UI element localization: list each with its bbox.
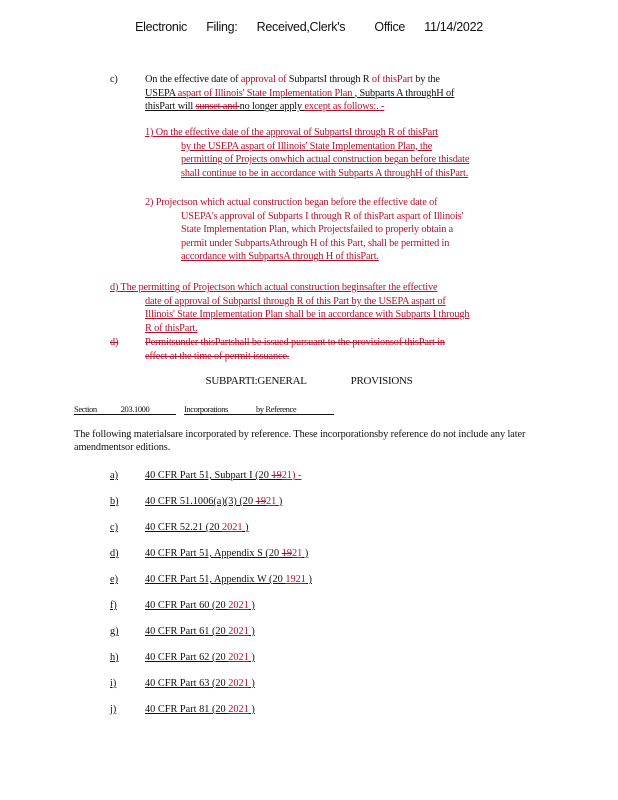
- header-word-filing: Filing:: [206, 20, 237, 34]
- para-c-label: c): [110, 73, 118, 87]
- para-c-line-2: USEPA aspart of Illinois' State Implemen…: [145, 87, 545, 101]
- section-title: Incorporations: [184, 404, 228, 414]
- inserted-year: 21: [282, 470, 292, 481]
- reference-text: 40 CFR Part 63 (20: [145, 678, 228, 689]
- reference-key: e): [110, 574, 118, 585]
- inserted-text: aspart of Illinois' State Implementation…: [178, 88, 355, 99]
- subpart-title-part2: PROVISIONS: [351, 375, 413, 387]
- inserted-year: 21: [292, 548, 302, 559]
- deleted-line: effect at the time of permit issuance.: [145, 350, 545, 364]
- header-date: 11/14/2022: [424, 20, 483, 34]
- reference-key: i): [110, 678, 116, 689]
- subpart-title: SUBPARTI:GENERALPROVISIONS: [0, 375, 618, 387]
- reference-key: f): [110, 600, 117, 611]
- para-d-line: R of thisPart.: [145, 323, 198, 334]
- deleted-year: 19: [256, 496, 266, 507]
- header-word-office: Office: [374, 20, 405, 34]
- deleted-year: 19: [282, 548, 292, 559]
- section-number: 203.1000: [121, 404, 150, 414]
- reference-tail: ): [249, 600, 255, 611]
- item-2-line: accordance with SubpartsA through H of t…: [181, 251, 379, 262]
- para-c-line-1: On the effective date of approval of Sub…: [145, 73, 545, 87]
- inserted-year: 2021: [228, 600, 249, 611]
- text-run: by the: [413, 74, 440, 85]
- item-2: 2) Projectson which actual construction …: [145, 196, 545, 264]
- para-d-line: d) The permitting of Projectson which ac…: [110, 281, 550, 295]
- text-run: USEPA: [145, 88, 178, 99]
- text-run: On the effective date of: [145, 74, 241, 85]
- reference-tail: ): [302, 548, 308, 559]
- intro-paragraph: The following materialsare incorporated …: [74, 428, 544, 454]
- section-heading: Section203.1000Incorporationsby Referenc…: [74, 404, 334, 415]
- reference-key: j): [110, 704, 116, 715]
- inserted-year: 2021: [228, 626, 249, 637]
- item-1-line: by the USEPA aspart of Illinois' State I…: [145, 140, 545, 154]
- text-run: , Subparts A throughH of: [355, 88, 455, 99]
- reference-text: 40 CFR Part 61 (20: [145, 626, 228, 637]
- reference-tail: ): [276, 496, 282, 507]
- deleted-text: sunset and: [196, 101, 240, 112]
- item-2-line: USEPA's approval of Subparts I through R…: [145, 210, 545, 224]
- reference-tail: ): [306, 574, 312, 585]
- inserted-year: 2021: [228, 678, 249, 689]
- item-2-line: 2) Projectson which actual construction …: [145, 196, 545, 210]
- para-c-line-3: thisPart will sunset and no longer apply…: [145, 100, 545, 114]
- reference-text: 40 CFR Part 62 (20: [145, 652, 228, 663]
- reference-tail: ): [249, 652, 255, 663]
- text-run: SubpartsI through R: [289, 74, 372, 85]
- para-d-old-label: d): [110, 336, 118, 350]
- inserted-year: 2021: [228, 704, 249, 715]
- reference-key: d): [110, 548, 119, 559]
- reference-text: 40 CFR Part 51, Appendix W (20: [145, 574, 285, 585]
- deleted-line: Permitsunder thisPartshall be issued pur…: [145, 336, 545, 350]
- reference-key: g): [110, 626, 119, 637]
- para-d-line: Illinois' State Implementation Plan shal…: [110, 308, 550, 322]
- section-word: Section: [74, 404, 97, 414]
- inserted-year: 1921: [285, 574, 306, 585]
- reference-text: 40 CFR Part 60 (20: [145, 600, 228, 611]
- reference-tail: ): [249, 678, 255, 689]
- reference-text: 40 CFR 51.1006(a)(3) (20: [145, 496, 256, 507]
- reference-key: h): [110, 652, 119, 663]
- filing-stamp-header: Electronic Filing: Received,Clerk's Offi…: [0, 20, 618, 34]
- reference-tail: ) -: [292, 470, 301, 481]
- para-d-line: date of approval of SubpartsI through R …: [110, 295, 550, 309]
- section-title: by Reference: [256, 404, 296, 414]
- reference-text: 40 CFR 52.21 (20: [145, 522, 222, 533]
- deleted-year: 19: [271, 470, 281, 481]
- text-run: thisPart will: [145, 101, 196, 112]
- para-d-inserted: d) The permitting of Projectson which ac…: [110, 281, 550, 335]
- text-run: no longer apply: [240, 101, 305, 112]
- reference-tail: ): [249, 626, 255, 637]
- reference-key: b): [110, 496, 119, 507]
- header-word-electronic: Electronic: [135, 20, 187, 34]
- inserted-year: 2021: [228, 652, 249, 663]
- para-d-deleted: Permitsunder thisPartshall be issued pur…: [145, 336, 545, 363]
- reference-key: c): [110, 522, 118, 533]
- reference-text: 40 CFR Part 51, Appendix S (20: [145, 548, 282, 559]
- para-c-body: On the effective date of approval of Sub…: [145, 73, 545, 114]
- item-2-line: State Implementation Plan, which Project…: [145, 223, 545, 237]
- inserted-text: approval of: [241, 74, 289, 85]
- reference-tail: ): [249, 704, 255, 715]
- reference-tail: ): [243, 522, 249, 533]
- item-1: 1) On the effective date of the approval…: [145, 126, 545, 180]
- item-1-line: permitting of Projects onwhich actual co…: [145, 153, 545, 167]
- item-2-line: permit under SubpartsAthrough H of this …: [145, 237, 545, 251]
- reference-text: 40 CFR Part 81 (20: [145, 704, 228, 715]
- inserted-text: except as follows:. -: [304, 101, 384, 112]
- inserted-text: of thisPart: [372, 74, 413, 85]
- subpart-title-part1: SUBPARTI:GENERAL: [206, 375, 307, 387]
- inserted-year: 21: [266, 496, 276, 507]
- inserted-year: 2021: [222, 522, 243, 533]
- reference-key: a): [110, 470, 118, 481]
- item-1-line: 1) On the effective date of the approval…: [145, 126, 545, 140]
- item-1-line: shall continue to be in accordance with …: [145, 167, 545, 181]
- reference-text: 40 CFR Part 51, Subpart I (20: [145, 470, 271, 481]
- header-word-received: Received,Clerk's: [257, 20, 346, 34]
